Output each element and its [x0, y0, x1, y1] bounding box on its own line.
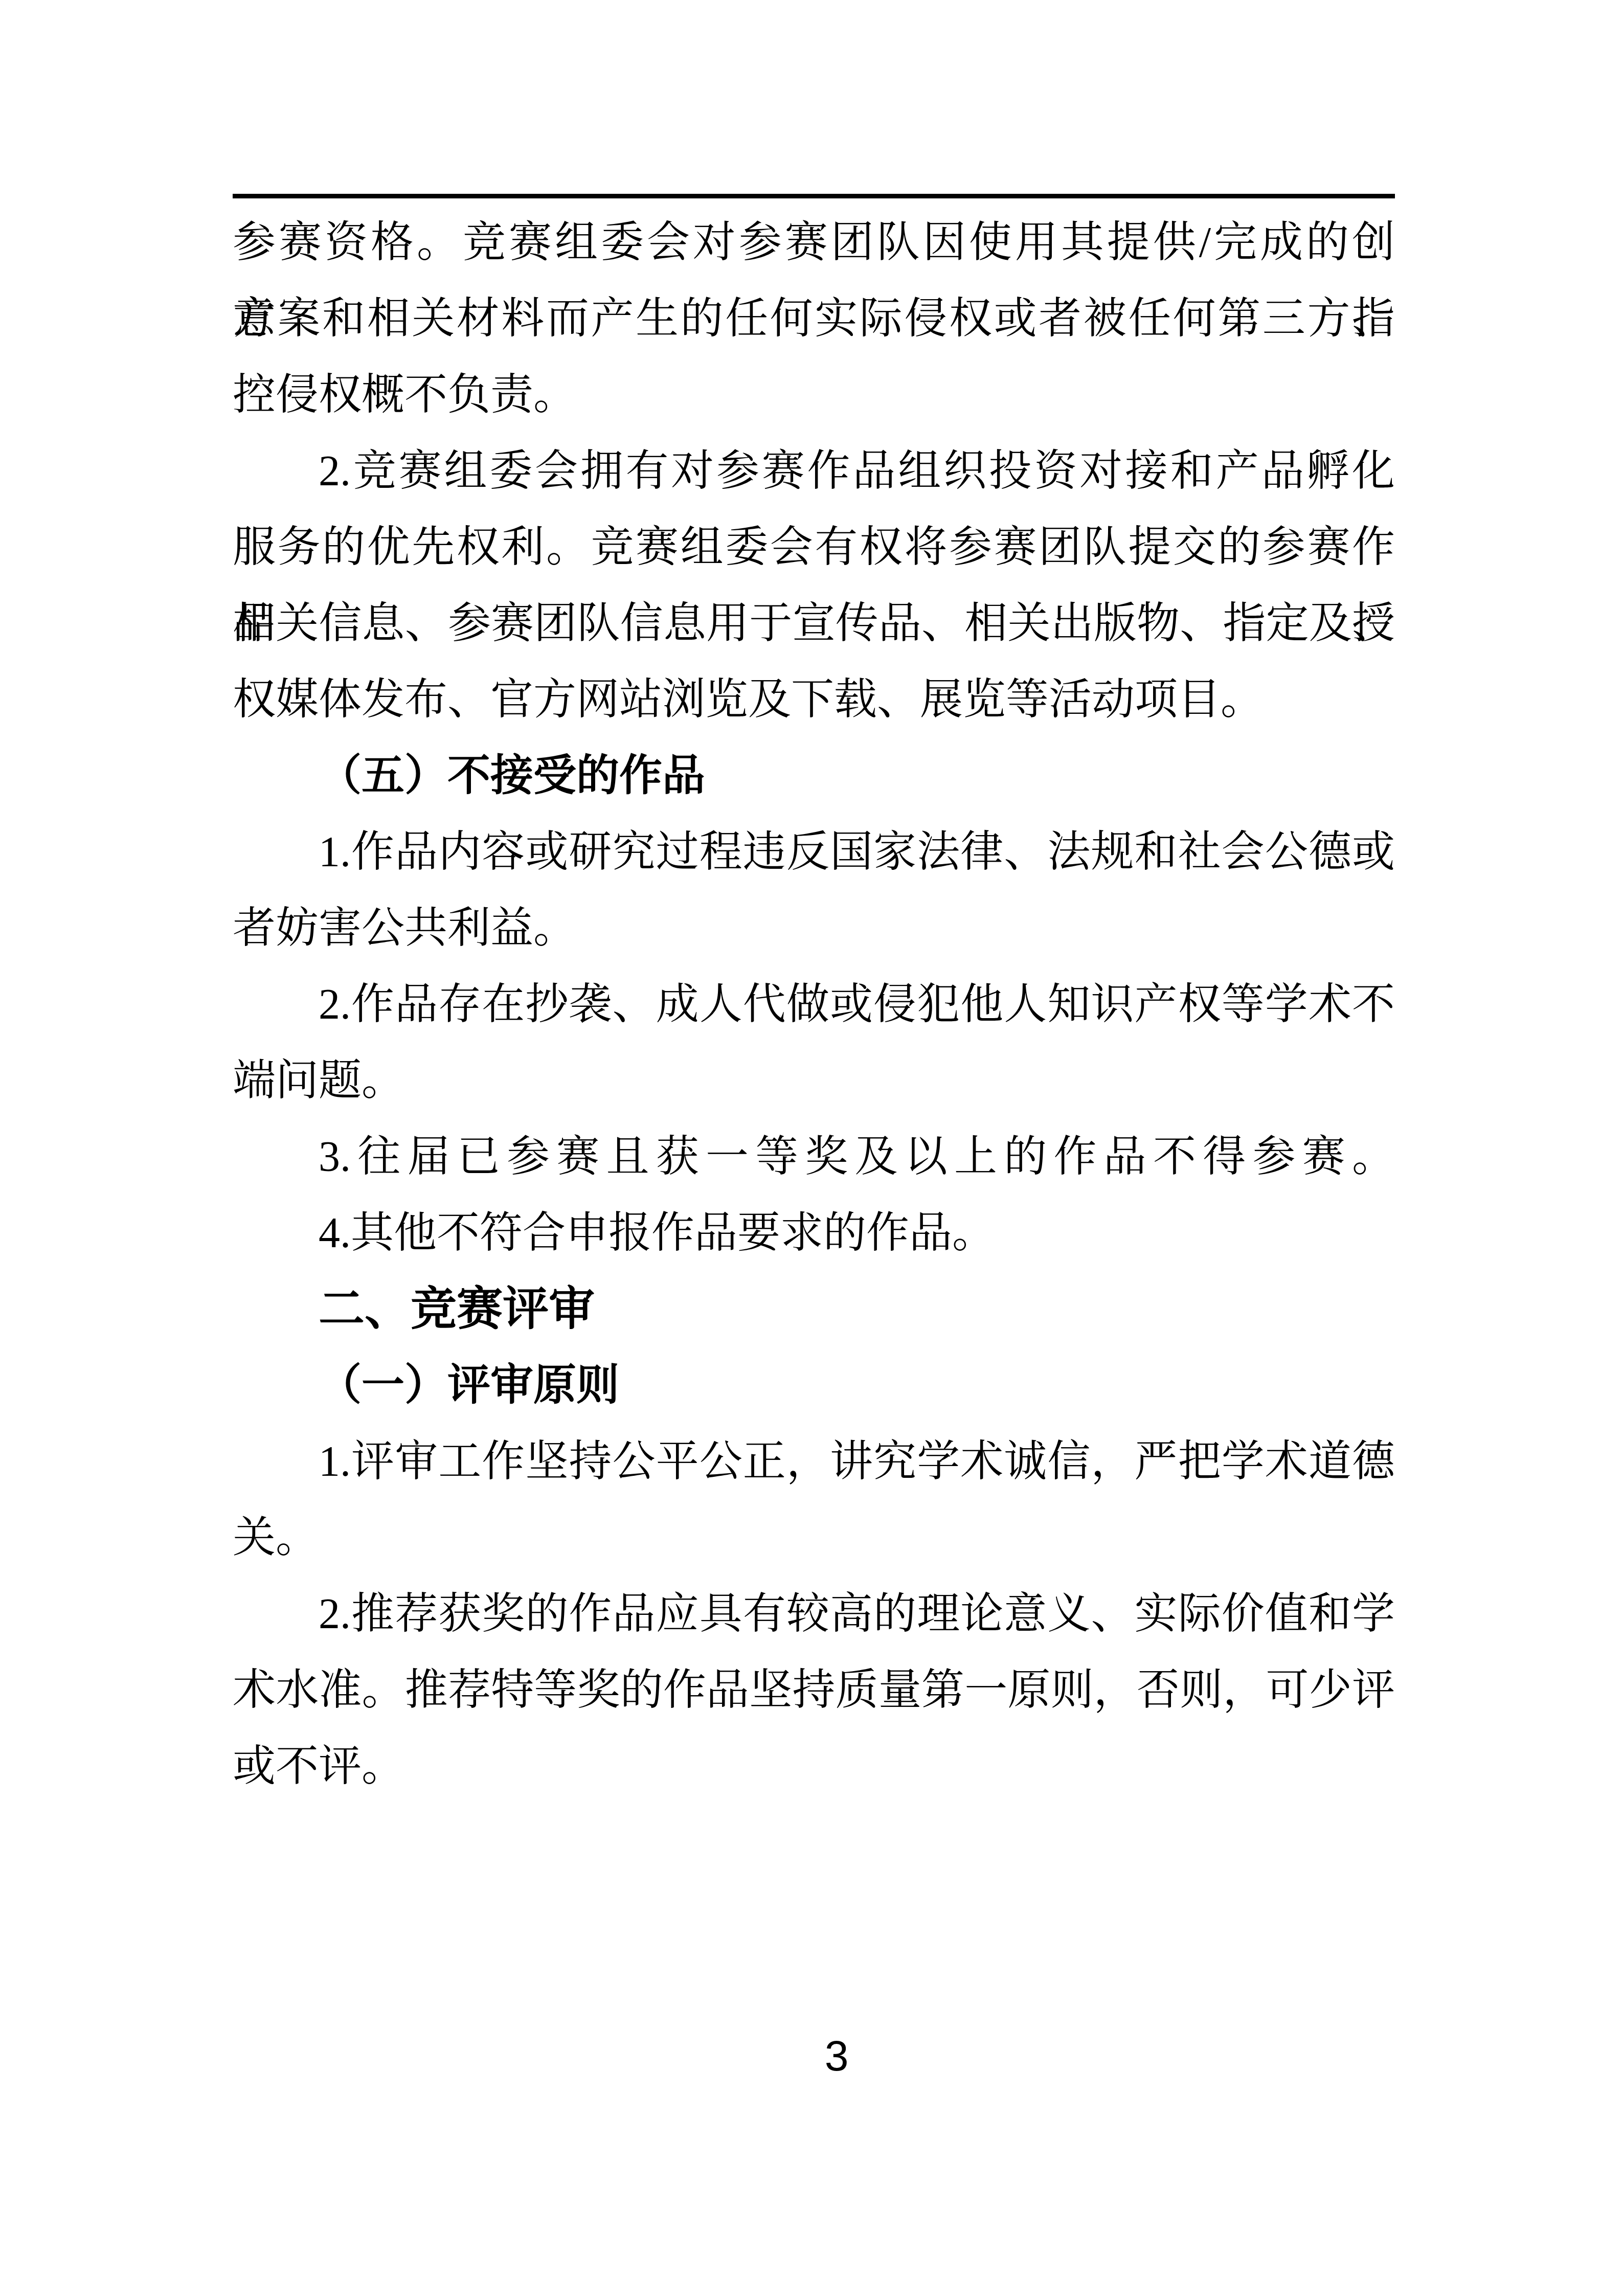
paragraph-line: 术水准。推荐特等奖的作品坚持质量第一原则，否则，可少评: [233, 1652, 1395, 1728]
section-heading-level1: 二、竞赛评审: [233, 1271, 1395, 1347]
section-heading-level2: （一）评审原则: [233, 1347, 1395, 1424]
paragraph-line: 关。: [233, 1500, 1395, 1576]
page-number: 3: [785, 2020, 888, 2091]
paragraph-line: 4.其他不符合申报作品要求的作品。: [233, 1195, 1395, 1271]
paragraph-line: 1.作品内容或研究过程违反国家法律、法规和社会公德或: [233, 814, 1395, 890]
header-separator-rule: [233, 194, 1395, 198]
paragraph-line: 1.评审工作坚持公平公正，讲究学术诚信，严把学术道德: [233, 1424, 1395, 1500]
paragraph-line: 方案和相关材料而产生的任何实际侵权或者被任何第三方指: [233, 281, 1395, 357]
paragraph-line: 3.往届已参赛且获一等奖及以上的作品不得参赛。: [233, 1119, 1395, 1195]
paragraph-line: 或不评。: [233, 1728, 1395, 1805]
paragraph-line: 2.竞赛组委会拥有对参赛作品组织投资对接和产品孵化: [233, 433, 1395, 509]
paragraph-line: 权媒体发布、官方网站浏览及下载、展览等活动项目。: [233, 662, 1395, 738]
paragraph-line: 相关信息、参赛团队信息用于宣传品、相关出版物、指定及授: [233, 586, 1395, 662]
paragraph-line: 参赛资格。竞赛组委会对参赛团队因使用其提供/完成的创意、: [233, 205, 1395, 281]
paragraph-line: 服务的优先权利。竞赛组委会有权将参赛团队提交的参赛作品、: [233, 509, 1395, 586]
section-heading-level2: （五）不接受的作品: [233, 738, 1395, 814]
paragraph-line: 控侵权概不负责。: [233, 357, 1395, 433]
document-page: 参赛资格。竞赛组委会对参赛团队因使用其提供/完成的创意、 方案和相关材料而产生的…: [0, 0, 1623, 2296]
paragraph-line: 2.作品存在抄袭、成人代做或侵犯他人知识产权等学术不: [233, 966, 1395, 1043]
paragraph-line: 者妨害公共利益。: [233, 890, 1395, 966]
paragraph-line: 2.推荐获奖的作品应具有较高的理论意义、实际价值和学: [233, 1576, 1395, 1652]
document-body: 参赛资格。竞赛组委会对参赛团队因使用其提供/完成的创意、 方案和相关材料而产生的…: [233, 205, 1395, 1805]
paragraph-line: 端问题。: [233, 1043, 1395, 1119]
